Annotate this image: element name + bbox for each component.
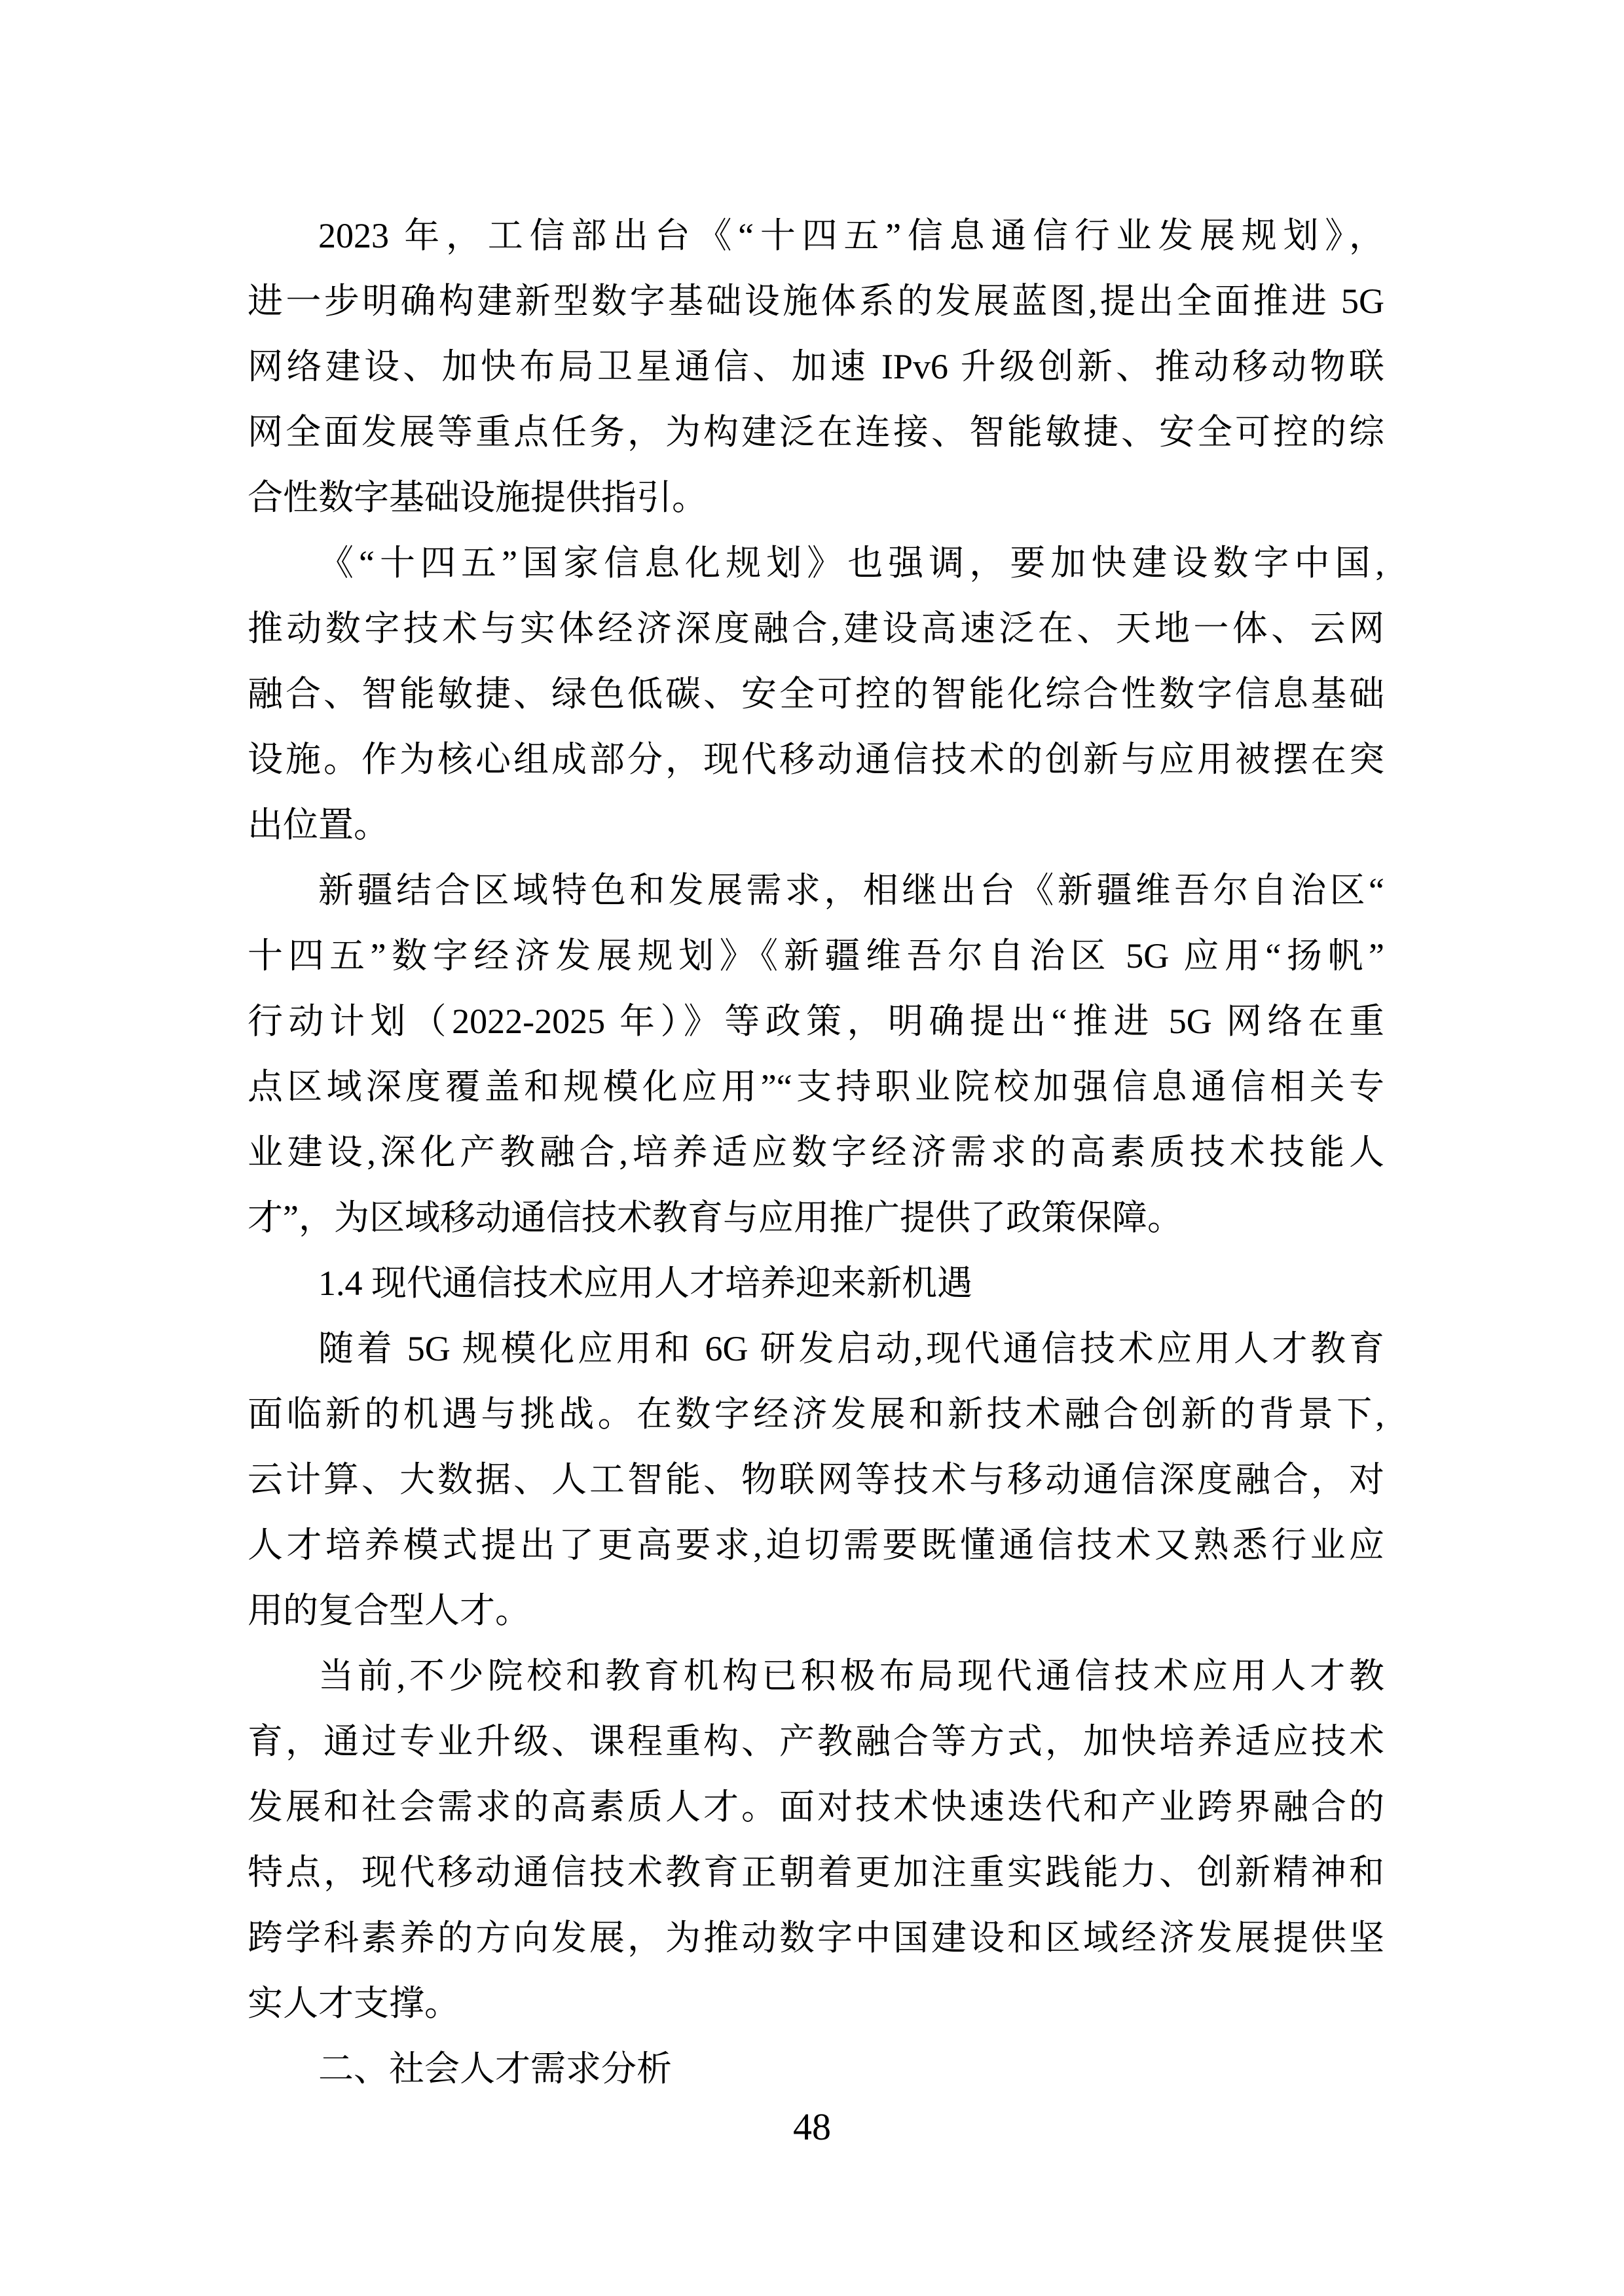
text-block: 2023 年，工信部出台《“十四五”信息通信行业发展规划》，进一步明确构建新型数… [248,203,1384,2102]
text-line: 随着 5G 规模化应用和 6G 研发启动,现代通信技术应用人才教育 [248,1316,1384,1381]
text-line: 发展和社会需求的高素质人才。面对技术快速迭代和产业跨界融合的 [248,1774,1384,1840]
text-line: 网全面发展等重点任务，为构建泛在连接、智能敏捷、安全可控的综 [248,399,1384,465]
heading-line: 二、社会人才需求分析 [248,2036,1384,2102]
text-line: 用的复合型人才。 [248,1578,1384,1643]
text-line: 业建设,深化产教融合,培养适应数字经济需求的高素质技术技能人 [248,1120,1384,1185]
text-line: 行动计划（2022-2025 年）》等政策，明确提出“推进 5G 网络在重 [248,989,1384,1054]
text-line: 人才培养模式提出了更高要求,迫切需要既懂通信技术又熟悉行业应 [248,1512,1384,1578]
text-line: 实人才支撑。 [248,1971,1384,2036]
text-line: 网络建设、加快布局卫星通信、加速 IPv6 升级创新、推动移动物联 [248,334,1384,399]
text-line: 融合、智能敏捷、绿色低碳、安全可控的智能化综合性数字信息基础 [248,661,1384,727]
text-line: 育，通过专业升级、课程重构、产教融合等方式，加快培养适应技术 [248,1709,1384,1774]
text-line: 点区域深度覆盖和规模化应用”“支持职业院校加强信息通信相关专 [248,1054,1384,1120]
text-line: 跨学科素养的方向发展，为推动数字中国建设和区域经济发展提供坚 [248,1905,1384,1971]
text-line: 设施。作为核心组成部分，现代移动通信技术的创新与应用被摆在突 [248,727,1384,792]
text-line: 2023 年，工信部出台《“十四五”信息通信行业发展规划》， [248,203,1384,268]
text-line: 才”，为区域移动通信技术教育与应用推广提供了政策保障。 [248,1185,1384,1250]
text-line: 特点，现代移动通信技术教育正朝着更加注重实践能力、创新精神和 [248,1840,1384,1905]
text-line: 推动数字技术与实体经济深度融合,建设高速泛在、天地一体、云网 [248,596,1384,661]
text-line: 出位置。 [248,792,1384,858]
text-line: 合性数字基础设施提供指引。 [248,465,1384,530]
text-line: 当前,不少院校和教育机构已积极布局现代通信技术应用人才教 [248,1643,1384,1709]
document-page: 2023 年，工信部出台《“十四五”信息通信行业发展规划》，进一步明确构建新型数… [0,0,1624,2296]
text-line: 云计算、大数据、人工智能、物联网等技术与移动通信深度融合，对 [248,1447,1384,1512]
text-line: 面临新的机遇与挑战。在数字经济发展和新技术融合创新的背景下, [248,1381,1384,1447]
text-line: 进一步明确构建新型数字基础设施体系的发展蓝图,提出全面推进 5G [248,268,1384,334]
page-number: 48 [0,2105,1624,2149]
text-line: 新疆结合区域特色和发展需求，相继出台《新疆维吾尔自治区“ [248,858,1384,923]
text-line: 《“十四五”国家信息化规划》也强调，要加快建设数字中国, [248,530,1384,596]
heading-line: 1.4 现代通信技术应用人才培养迎来新机遇 [248,1250,1384,1316]
text-line: 十四五”数字经济发展规划》《新疆维吾尔自治区 5G 应用“扬帆” [248,923,1384,989]
